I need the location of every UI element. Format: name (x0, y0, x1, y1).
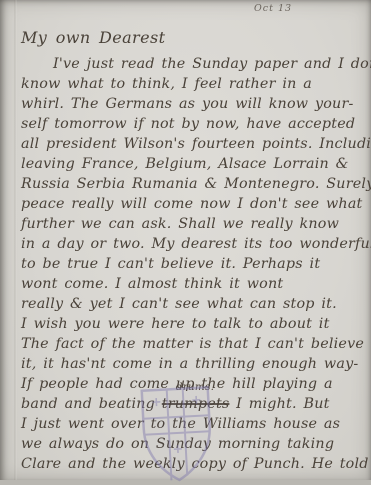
paper-fold-crease (14, 0, 17, 480)
letter-line-with-correction: band and beating drums. trumpets I might… (21, 394, 368, 414)
letter-date: Oct 13 (254, 3, 292, 14)
edit-line-before: band and beating (21, 396, 155, 412)
edit-line-after: I might. But (236, 396, 329, 412)
correction-wrap: drums. trumpets (162, 394, 230, 414)
letter-page: Oct 13 My own Dearest I've just read the… (0, 0, 371, 480)
letter-line: whirl. The Germans as you will know your… (21, 94, 368, 114)
letter-line: peace really will come now I don't see w… (21, 194, 368, 214)
letter-line: Clare and the weekly copy of Punch. He t… (21, 454, 368, 474)
letter-line: The fact of the matter is that I can't b… (21, 334, 368, 354)
letter-line: to be true I can't believe it. Perhaps i… (21, 254, 368, 274)
letter-line: we always do on Sunday morning taking (21, 434, 368, 454)
letter-line: in a day or two. My dearest its too wond… (21, 234, 368, 254)
letter-line: wont come. I almost think it wont (21, 274, 368, 294)
inserted-word: drums. (176, 382, 214, 392)
struck-word: trumpets (162, 396, 230, 412)
letter-line: further we can ask. Shall we really know (21, 214, 368, 234)
letter-line: Russia Serbia Rumania & Montenegro. Sure… (21, 174, 368, 194)
letter-greeting: My own Dearest (21, 28, 165, 47)
letter-line: all president Wilson's fourteen points. … (21, 134, 368, 154)
letter-body: I've just read the Sunday paper and I do… (21, 54, 368, 474)
letter-line: self tomorrow if not by now, have accept… (21, 114, 368, 134)
letter-line: I've just read the Sunday paper and I do… (21, 54, 368, 74)
letter-line: really & yet I can't see what can stop i… (21, 294, 368, 314)
letter-line: it, it has'nt come in a thrilling enough… (21, 354, 368, 374)
letter-line: know what to think, I feel rather in a (21, 74, 368, 94)
letter-line: I just went over to the Williams house a… (21, 414, 368, 434)
letter-line: leaving France, Belgium, Alsace Lorrain … (21, 154, 368, 174)
letter-line: I wish you were here to talk to about it (21, 314, 368, 334)
